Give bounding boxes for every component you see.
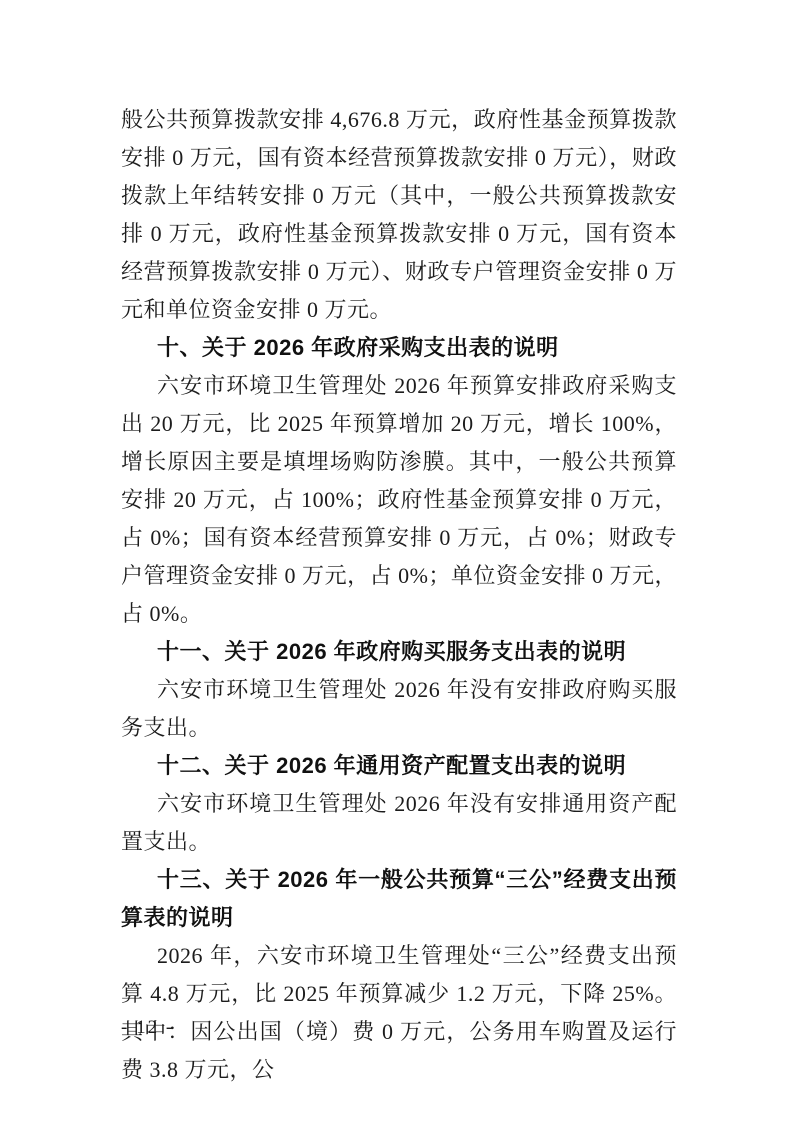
body-paragraph-section-12: 六安市环境卫生管理处 2026 年没有安排通用资产配置支出。 (121, 785, 677, 861)
body-paragraph-continuation: 般公共预算拨款安排 4,676.8 万元，政府性基金预算拨款安排 0 万元，国有… (121, 101, 677, 329)
body-paragraph-section-13: 2026 年，六安市环境卫生管理处“三公”经费支出预算 4.8 万元，比 202… (121, 937, 677, 1089)
document-page: 般公共预算拨款安排 4,676.8 万元，政府性基金预算拨款安排 0 万元，国有… (0, 0, 793, 1122)
body-paragraph-section-11: 六安市环境卫生管理处 2026 年没有安排政府购买服务支出。 (121, 671, 677, 747)
page-number: - 12 - (121, 1016, 174, 1040)
section-heading-13: 十三、关于 2026 年一般公共预算“三公”经费支出预算表的说明 (121, 861, 677, 937)
page-body: 般公共预算拨款安排 4,676.8 万元，政府性基金预算拨款安排 0 万元，国有… (121, 101, 677, 1089)
section-heading-11: 十一、关于 2026 年政府购买服务支出表的说明 (121, 633, 677, 671)
body-paragraph-section-10: 六安市环境卫生管理处 2026 年预算安排政府采购支出 20 万元，比 2025… (121, 367, 677, 633)
section-heading-10: 十、关于 2026 年政府采购支出表的说明 (121, 329, 677, 367)
section-heading-12: 十二、关于 2026 年通用资产配置支出表的说明 (121, 747, 677, 785)
